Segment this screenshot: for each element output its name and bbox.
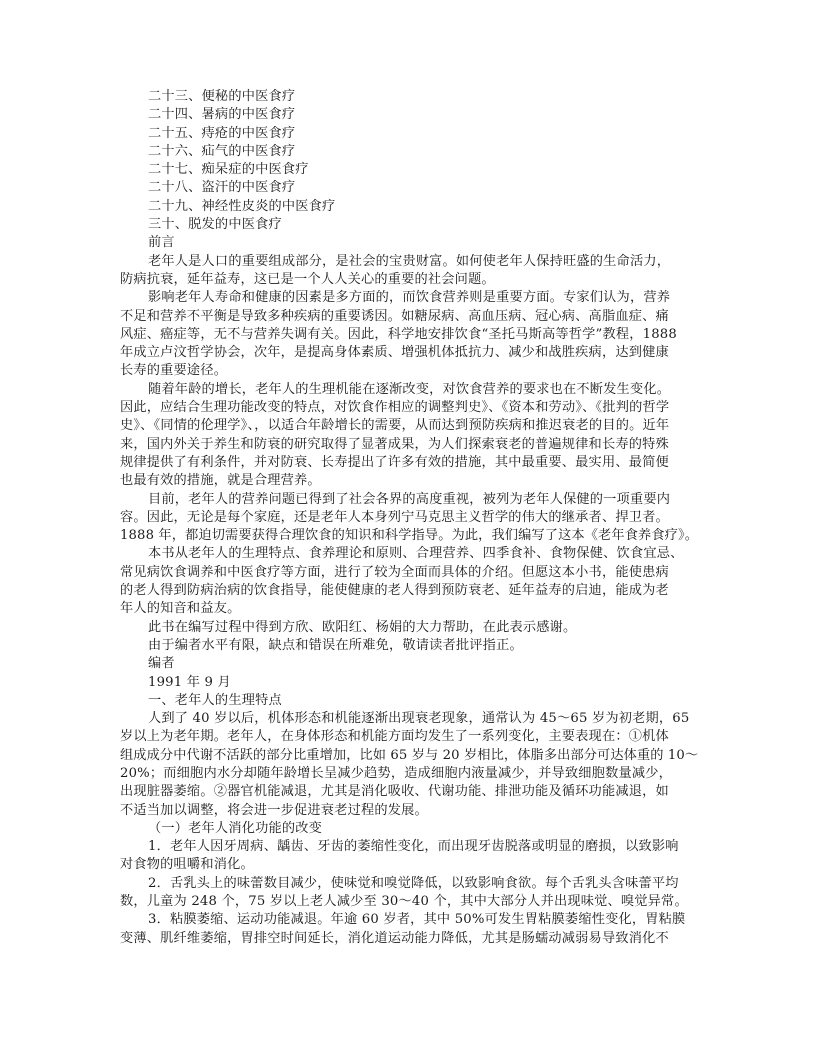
text-line: 二十三、便秘的中医食疗 xyxy=(120,88,698,106)
text-line: 史》、《同情的伦理学》、，以适合年龄增长的需要，从而达到预防疾病和推迟衰老的目的… xyxy=(120,417,698,435)
text-line: 3．粘膜萎缩、运动功能减退。年逾 60 岁者，其中 50%可发生胃粘膜萎缩性变化… xyxy=(120,911,698,929)
document-page: 二十三、便秘的中医食疗二十四、暑病的中医食疗二十五、痔疮的中医食疗二十六、疝气的… xyxy=(120,88,698,948)
text-line: （一）老年人消化功能的改变 xyxy=(120,820,698,838)
text-line: 来，国内外关于养生和防衰的研究取得了显著成果，为人们探索衰老的普遍规律和长寿的特… xyxy=(120,436,698,454)
text-line: 目前，老年人的营养问题已得到了社会各界的高度重视，被列为老年人保健的一项重要内 xyxy=(120,491,698,509)
text-line: 长寿的重要途径。 xyxy=(120,362,698,380)
text-line: 一、老年人的生理特点 xyxy=(120,692,698,710)
text-line: 变薄、肌纤维萎缩，胃排空时间延长，消化道运动能力降低，尤其是肠蠕动减弱易导致消化… xyxy=(120,930,698,948)
text-line: 的老人得到防病治病的饮食指导，能使健康的老人得到预防衰老、延年益寿的启迪，能成为… xyxy=(120,582,698,600)
text-line: 二十六、疝气的中医食疗 xyxy=(120,143,698,161)
text-line: 风症、癌症等，无不与营养失调有关。因此，科学地安排饮食“圣托马斯高等哲学”教程，… xyxy=(120,326,698,344)
text-line: 因此，应结合生理功能改变的特点，对饮食作相应的调整判史》、《资本和劳动》、《批判… xyxy=(120,399,698,417)
text-line: 影响老年人寿命和健康的因素是多方面的，而饮食营养则是重要方面。专家们认为，营养 xyxy=(120,289,698,307)
text-line: 编者 xyxy=(120,655,698,673)
text-line: 出现脏器萎缩。②器官机能减退，尤其是消化吸收、代谢功能、排泄功能及循环功能减退，… xyxy=(120,783,698,801)
text-line: 年人的知音和益友。 xyxy=(120,600,698,618)
text-line: 此书在编写过程中得到方欣、欧阳红、杨娟的大力帮助，在此表示感谢。 xyxy=(120,619,698,637)
text-line: 1888 年，都迫切需要获得合理饮食的知识和科学指导。为此，我们编写了这本《老年… xyxy=(120,527,698,545)
text-line: 规律提供了有利条件，并对防衰、长寿提出了许多有效的措施，其中最重要、最实用、最简… xyxy=(120,454,698,472)
text-line: 组成成分中代谢不活跃的部分比重增加，比如 65 岁与 20 岁相比，体脂多出部分… xyxy=(120,747,698,765)
text-line: 不适当加以调整，将会进一步促进衰老过程的发展。 xyxy=(120,802,698,820)
text-line: 随着年龄的增长，老年人的生理机能在逐渐改变，对饮食营养的要求也在不断发生变化。 xyxy=(120,381,698,399)
text-line: 数，儿童为 248 个，75 岁以上老人减少至 30～40 个，其中大部分人并出… xyxy=(120,893,698,911)
text-line: 由于编者水平有限，缺点和错误在所难免，敬请读者批评指正。 xyxy=(120,637,698,655)
text-line: 容。因此，无论是每个家庭，还是老年人本身列宁马克思主义哲学的伟大的继承者、捍卫者… xyxy=(120,509,698,527)
text-line: 三十、脱发的中医食疗 xyxy=(120,216,698,234)
text-line: 年成立卢汶哲学协会，次年，是提高身体素质、增强机体抵抗力、减少和战胜疾病，达到健… xyxy=(120,344,698,362)
text-line: 岁以上为老年期。老年人，在身体形态和机能方面均发生了一系列变化，主要表现在：①机… xyxy=(120,728,698,746)
text-line: 20%；而细胞内水分却随年龄增长呈减少趋势，造成细胞内液量减少，并导致细胞数量减… xyxy=(120,765,698,783)
text-line: 也最有效的措施，就是合理营养。 xyxy=(120,472,698,490)
text-line: 二十八、盗汗的中医食疗 xyxy=(120,179,698,197)
text-line: 常见病饮食调养和中医食疗等方面，进行了较为全面而具体的介绍。但愿这本小书，能使患… xyxy=(120,564,698,582)
text-line: 二十四、暑病的中医食疗 xyxy=(120,106,698,124)
text-line: 1991 年 9 月 xyxy=(120,674,698,692)
text-line: 二十五、痔疮的中医食疗 xyxy=(120,125,698,143)
text-line: 老年人是人口的重要组成部分，是社会的宝贵财富。如何使老年人保持旺盛的生命活力， xyxy=(120,253,698,271)
text-line: 前言 xyxy=(120,234,698,252)
text-line: 本书从老年人的生理特点、食养理论和原则、合理营养、四季食补、食物保健、饮食宜忌、 xyxy=(120,545,698,563)
text-line: 人到了 40 岁以后，机体形态和机能逐渐出现衰老现象，通常认为 45～65 岁为… xyxy=(120,710,698,728)
text-line: 1．老年人因牙周病、龋齿、牙齿的萎缩性变化，而出现牙齿脱落或明显的磨损，以致影响 xyxy=(120,838,698,856)
text-line: 对食物的咀嚼和消化。 xyxy=(120,856,698,874)
text-line: 二十七、痴呆症的中医食疗 xyxy=(120,161,698,179)
text-line: 2．舌乳头上的味蕾数目减少，使味觉和嗅觉降低，以致影响食欲。每个舌乳头含味蕾平均 xyxy=(120,875,698,893)
text-line: 防病抗衰，延年益寿，这已是一个人人关心的重要的社会问题。 xyxy=(120,271,698,289)
text-line: 二十九、神经性皮炎的中医食疗 xyxy=(120,198,698,216)
text-line: 不足和营养不平衡是导致多种疾病的重要诱因。如糖尿病、高血压病、冠心病、高脂血症、… xyxy=(120,308,698,326)
